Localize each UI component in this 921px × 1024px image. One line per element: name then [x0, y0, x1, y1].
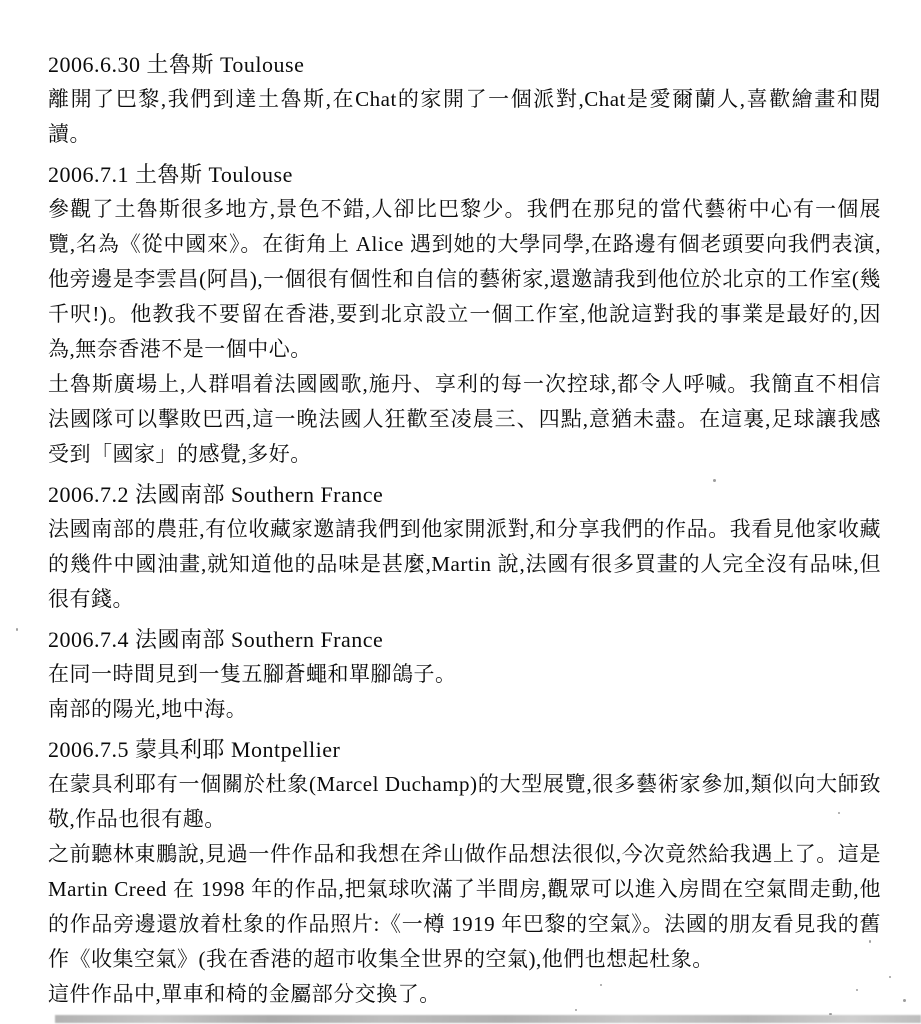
- diary-entry: 2006.7.2 法國南部 Southern France 法國南部的農莊,有位…: [48, 477, 881, 617]
- scan-speckle: [829, 1013, 832, 1015]
- entry-heading: 2006.7.4 法國南部 Southern France: [48, 622, 881, 657]
- scan-speckle: [903, 999, 906, 1002]
- scanned-diary-page: 2006.6.30 土魯斯 Toulouse 離開了巴黎,我們到達土魯斯,在Ch…: [0, 0, 921, 1024]
- entry-paragraph: 南部的陽光,地中海。: [48, 692, 881, 727]
- entry-paragraph: 法國南部的農莊,有位收藏家邀請我們到他家開派對,和分享我們的作品。我看見他家收藏…: [48, 512, 881, 617]
- scan-speckle: [713, 479, 716, 482]
- scan-speckle: [600, 984, 602, 986]
- diary-entry: 2006.7.4 法國南部 Southern France 在同一時間見到一隻五…: [48, 622, 881, 727]
- entry-heading: 2006.7.2 法國南部 Southern France: [48, 477, 881, 512]
- scan-speckle: [889, 976, 891, 978]
- diary-entry: 2006.6.30 土魯斯 Toulouse 離開了巴黎,我們到達土魯斯,在Ch…: [48, 47, 881, 152]
- scan-speckle: [856, 989, 858, 991]
- scan-speckle: [838, 812, 840, 814]
- entry-heading: 2006.6.30 土魯斯 Toulouse: [48, 47, 881, 82]
- entry-paragraph: 這件作品中,單車和椅的金屬部分交換了。: [48, 977, 881, 1012]
- entry-heading: 2006.7.5 蒙具利耶 Montpellier: [48, 732, 881, 767]
- entry-paragraph: 參觀了土魯斯很多地方,景色不錯,人卻比巴黎少。我們在那兒的當代藝術中心有一個展覽…: [48, 192, 881, 367]
- scan-speckle: [470, 878, 472, 880]
- entry-paragraph: 在蒙具利耶有一個關於杜象(Marcel Duchamp)的大型展覽,很多藝術家參…: [48, 767, 881, 837]
- scan-speckle: [869, 940, 871, 943]
- entry-paragraph: 離開了巴黎,我們到達土魯斯,在Chat的家開了一個派對,Chat是愛爾蘭人,喜歡…: [48, 82, 881, 152]
- entry-paragraph: 之前聽林東鵬說,見過一件作品和我想在斧山做作品想法很似,今次竟然給我遇上了。這是…: [48, 837, 881, 977]
- entry-heading: 2006.7.1 土魯斯 Toulouse: [48, 157, 881, 192]
- diary-entry: 2006.7.5 蒙具利耶 Montpellier 在蒙具利耶有一個關於杜象(M…: [48, 732, 881, 1012]
- diary-entry: 2006.7.1 土魯斯 Toulouse 參觀了土魯斯很多地方,景色不錯,人卻…: [48, 157, 881, 472]
- scan-speckle: [16, 628, 18, 631]
- entry-paragraph: 在同一時間見到一隻五腳蒼蠅和單腳鴿子。: [48, 657, 881, 692]
- scan-speckle: [575, 1009, 577, 1011]
- entry-paragraph: 土魯斯廣場上,人群唱着法國國歌,施丹、享利的每一次控球,都令人呼喊。我簡直不相信…: [48, 367, 881, 472]
- scan-edge-artifact: [55, 1015, 921, 1023]
